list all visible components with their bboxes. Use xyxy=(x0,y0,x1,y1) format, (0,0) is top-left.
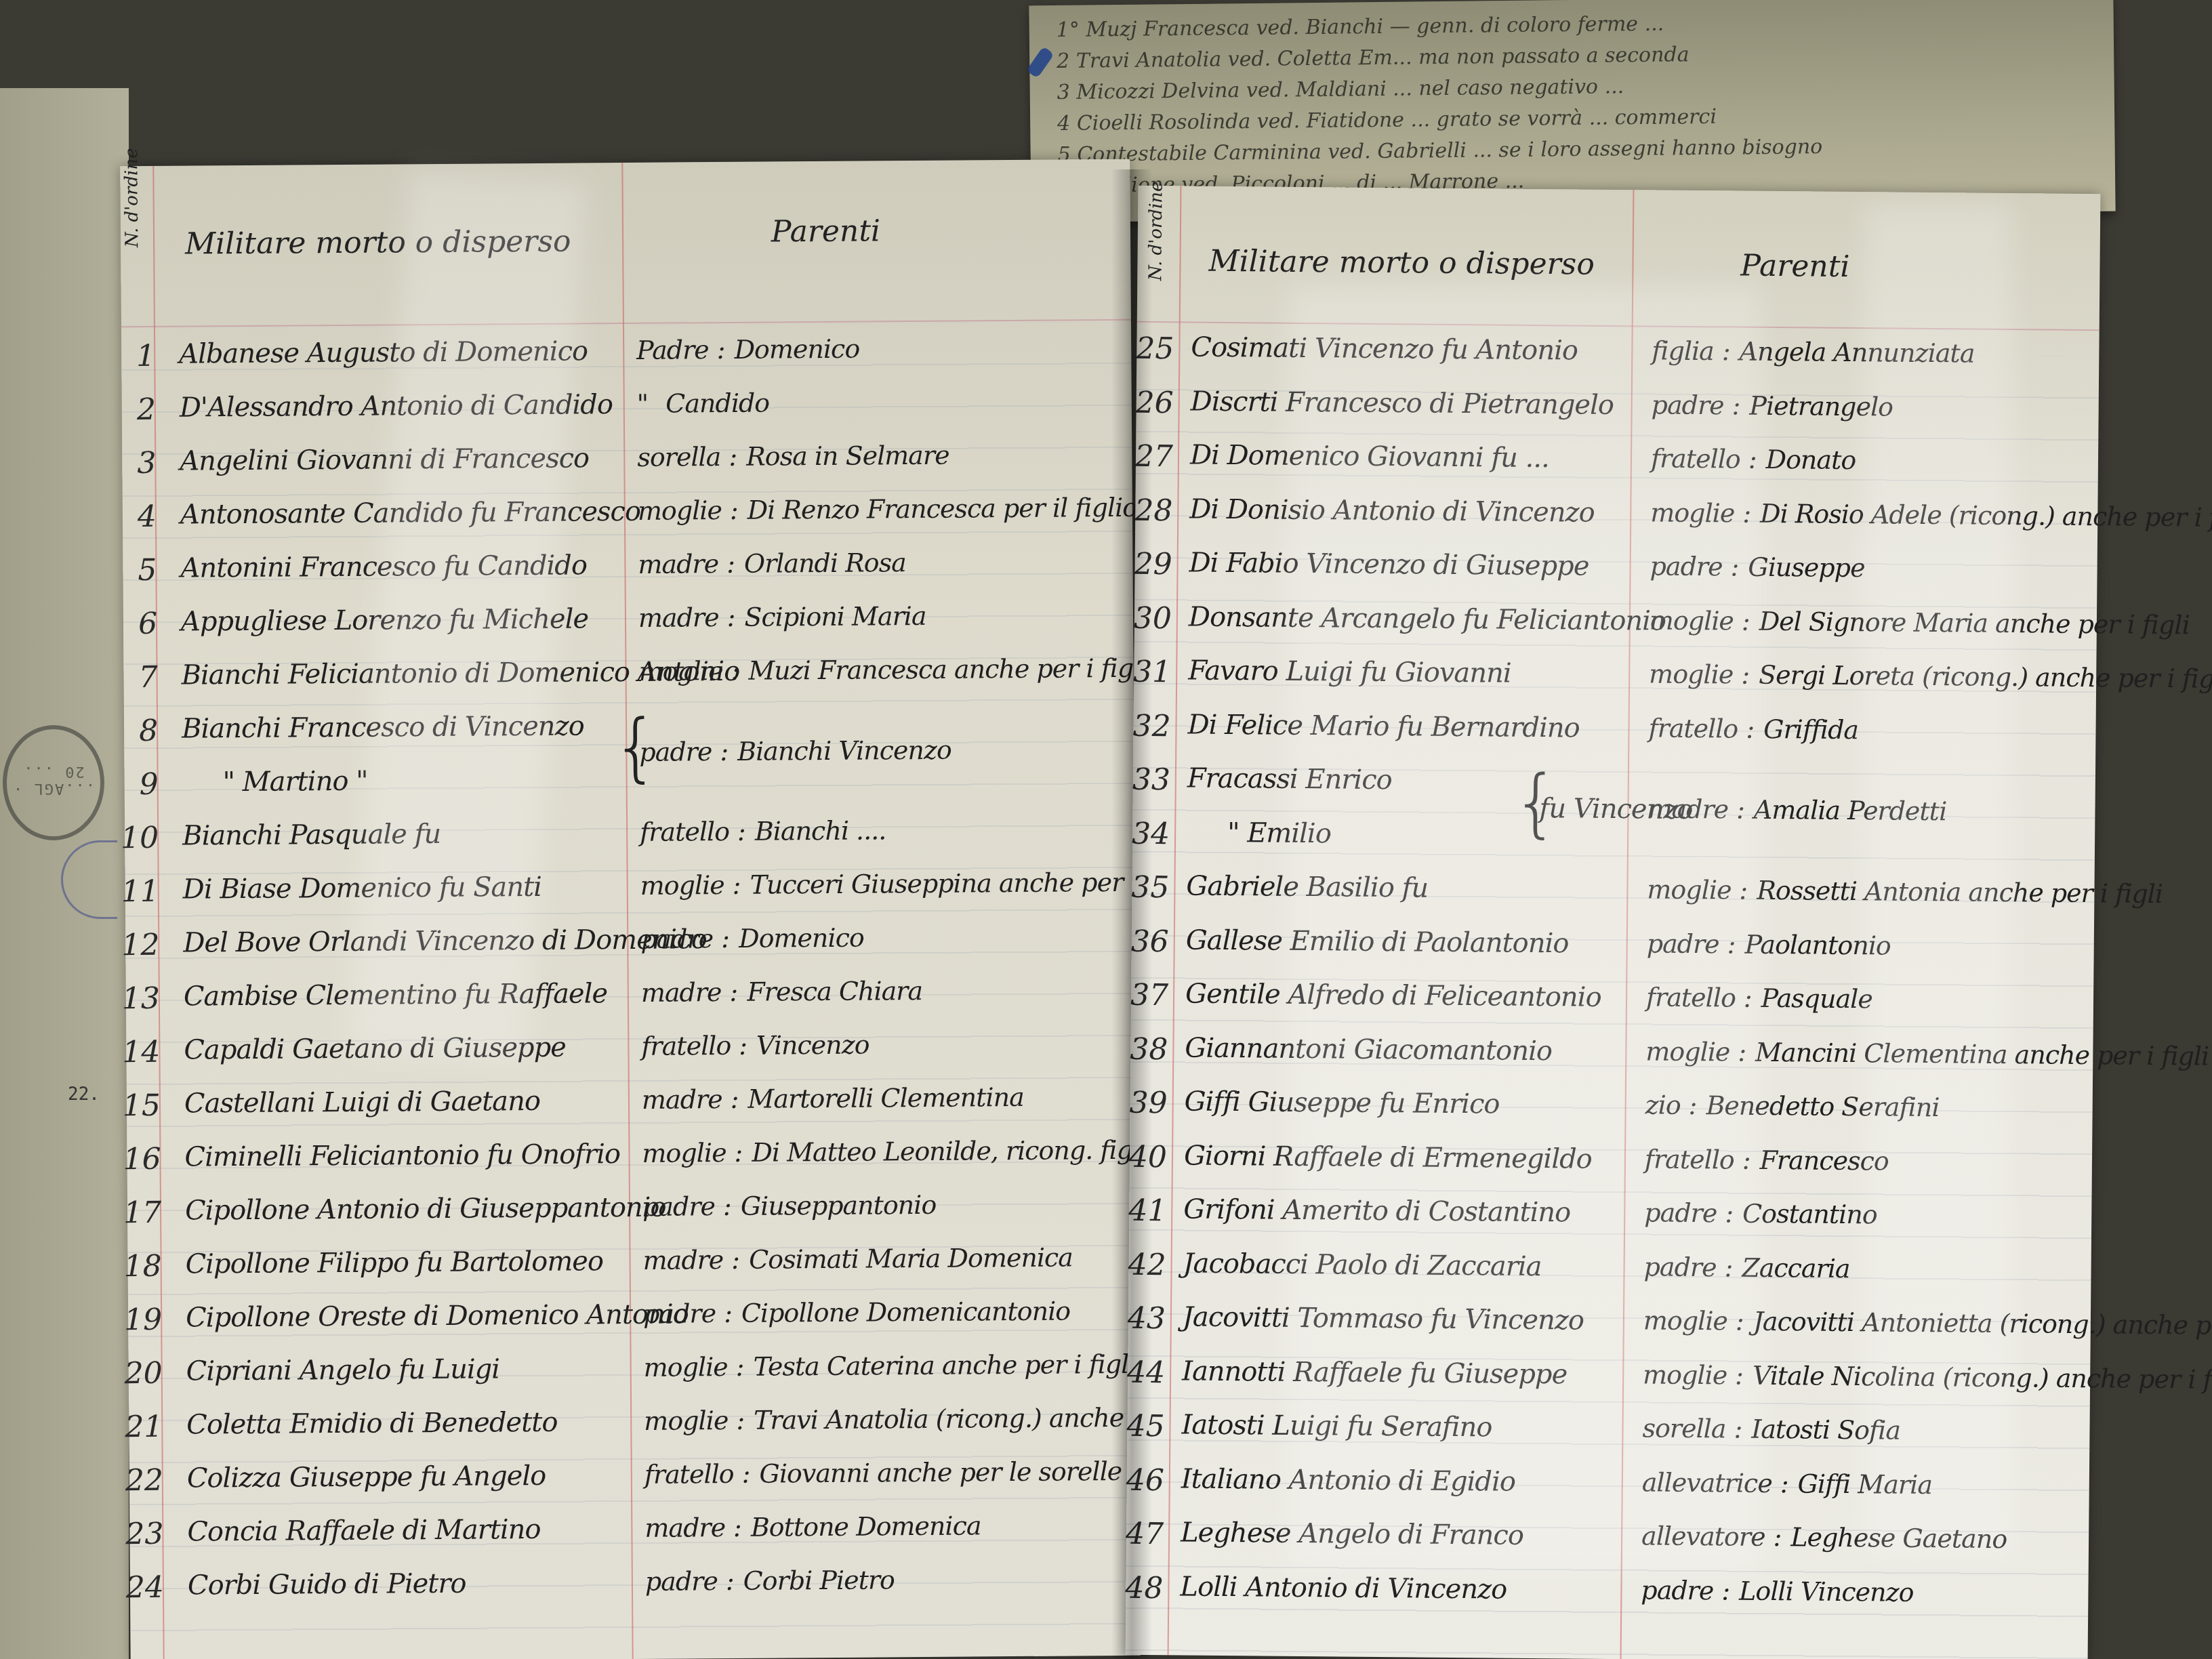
relative-name: Martorelli Clementina xyxy=(747,1082,1024,1114)
relative-name: Orlandi Rosa xyxy=(744,548,906,579)
relative-name: Bottone Domenica xyxy=(751,1511,981,1542)
soldier-name: " Martino " xyxy=(222,766,367,798)
register-row: 5 Antonini Francesco fu Candido madre:Or… xyxy=(123,546,1132,594)
relative-name: Mancini Clementina anche per i figli xyxy=(1755,1037,2209,1071)
colon: : xyxy=(733,1513,741,1542)
colon: : xyxy=(1742,498,1750,528)
colon: : xyxy=(729,442,737,472)
colon: : xyxy=(1739,876,1747,905)
order-number: 23 xyxy=(123,1517,163,1551)
header-rule xyxy=(1137,321,2100,331)
colon: : xyxy=(1727,929,1736,959)
relative-name: Griffida xyxy=(1763,714,1858,744)
order-number: 44 xyxy=(1124,1355,1165,1390)
relative-role: padre xyxy=(1647,928,1719,959)
order-number: 41 xyxy=(1126,1193,1166,1229)
colon: : xyxy=(736,1406,744,1435)
colon: : xyxy=(726,602,735,632)
relative-role: moglie xyxy=(1650,497,1734,528)
relative-name: Jacovitti Antonietta (ricong.) anche per… xyxy=(1753,1307,2212,1341)
soldier-name: Di Domenico Giovanni fu ... xyxy=(1190,440,1549,474)
register-row: 39 Giffi Giuseppe fu Enrico zio:Benedett… xyxy=(1130,1086,2092,1134)
colon: : xyxy=(741,1459,750,1489)
colon: : xyxy=(730,1084,738,1114)
order-number: 36 xyxy=(1128,924,1169,959)
relative-role: madre xyxy=(638,602,719,633)
ledger-page-right: N. d'ordine Militare morto o disperso Pa… xyxy=(1126,186,2101,1659)
order-number: 48 xyxy=(1122,1570,1163,1605)
colon: : xyxy=(726,549,735,579)
relative-name: Del Signore Maria anche per i figli xyxy=(1759,606,2190,640)
relative-role: fratello xyxy=(1651,443,1740,474)
order-number: 15 xyxy=(120,1088,161,1123)
colon: : xyxy=(729,977,737,1007)
relative-role: madre xyxy=(641,977,722,1008)
register-row: 6 Appugliese Lorenzo fu Michele madre:Sc… xyxy=(123,600,1133,647)
colon: : xyxy=(724,1298,732,1328)
order-number: 42 xyxy=(1125,1247,1166,1282)
order-number: 45 xyxy=(1124,1409,1164,1444)
order-number: 13 xyxy=(119,981,160,1016)
register-row: 2 D'Alessandro Antonio di Candido "Candi… xyxy=(122,386,1132,433)
relative-role: allevatrice xyxy=(1642,1467,1772,1498)
soldier-name: Gentile Alfredo di Feliceantonio xyxy=(1185,978,1601,1012)
register-row: 33 Fracassi Enrico madre:Amalia Perdetti… xyxy=(1133,762,2095,811)
order-number: 10 xyxy=(118,821,159,855)
relative-name: Pasquale xyxy=(1761,983,1873,1014)
register-row: 24 Corbi Guido di Pietro padre:Corbi Pie… xyxy=(130,1563,1140,1611)
colon: : xyxy=(1689,1090,1697,1120)
soldier-name: Jacovitti Tommaso fu Vincenzo xyxy=(1183,1301,1584,1336)
register-row: 31 Favaro Luigi fu Giovanni moglie:Sergi… xyxy=(1134,655,2096,703)
relative-name: Bianchi .... xyxy=(755,815,886,846)
relative-name: Sergi Loreta (ricong.) anche per i figli xyxy=(1759,660,2212,694)
relative-name: Rosa in Selmare xyxy=(746,441,949,472)
register-row: 44 Iannotti Raffaele fu Giuseppe moglie:… xyxy=(1128,1355,2090,1404)
soldier-name: Iannotti Raffaele fu Giuseppe xyxy=(1182,1355,1567,1390)
colon: : xyxy=(1735,1360,1743,1390)
colon: : xyxy=(731,1245,739,1275)
soldier-name: Di Donisio Antonio di Vincenzo xyxy=(1189,493,1595,528)
register-row: 7 Bianchi Feliciantonio di Domenico Anto… xyxy=(123,653,1133,701)
relative-cell: padre:Giuseppe xyxy=(1650,551,1864,583)
relative-name: Corbi Pietro xyxy=(743,1565,895,1596)
colon: : xyxy=(1738,1037,1746,1067)
relative-cell: moglie:Sergi Loreta (ricong.) anche per … xyxy=(1649,659,2212,693)
order-number: 37 xyxy=(1128,978,1168,1013)
register-row: 18 Cipollone Filippo fu Bartolomeo madre… xyxy=(127,1242,1137,1290)
column-header-soldier: Militare morto o disperso xyxy=(1208,244,1595,282)
relative-cell: moglie:Jacovitti Antonietta (ricong.) an… xyxy=(1643,1305,2212,1341)
order-number: 46 xyxy=(1124,1462,1164,1498)
register-row: 47 Leghese Angelo di Franco allevatore:L… xyxy=(1126,1517,2089,1565)
relative-name: Scipioni Maria xyxy=(744,601,926,632)
register-row: 15 Castellani Luigi di Gaetano madre:Mar… xyxy=(127,1082,1136,1129)
relative-name: Di Matteo Leonilde, ricong. figli xyxy=(752,1135,1147,1168)
relative-name: Vincenzo xyxy=(756,1030,869,1061)
register-row: 30 Donsante Arcangelo fu Feliciantonio m… xyxy=(1134,600,2097,649)
register-row: 22 Colizza Giuseppe fu Angelo fratello:G… xyxy=(129,1456,1139,1504)
order-number: 24 xyxy=(123,1570,164,1605)
relative-role: moglie xyxy=(1650,605,1734,636)
relative-cell: allevatore:Leghese Gaetano xyxy=(1641,1521,2007,1554)
colon: : xyxy=(737,817,745,846)
entries-list-left: 1 Albanese Augusto di Domenico Padre:Dom… xyxy=(120,159,1130,166)
soldier-name: D'Alessandro Antonio di Candido xyxy=(180,389,613,423)
relative-role: fratello xyxy=(644,1459,734,1490)
relative-name: Iatosti Sofia xyxy=(1751,1414,1900,1446)
order-number: 21 xyxy=(122,1410,163,1444)
colon: : xyxy=(734,1138,742,1168)
relative-role: moglie xyxy=(644,1352,728,1382)
relative-cell: madre:Bottone Domenica xyxy=(644,1511,981,1542)
soldier-name: Giorni Raffaele di Ermenegildo xyxy=(1184,1140,1592,1174)
order-number: 1 xyxy=(115,339,155,373)
relative-cell: padre:Paolantonio xyxy=(1647,928,1891,960)
soldier-name: Colizza Giuseppe fu Angelo xyxy=(187,1460,546,1494)
relative-cell: madre:Fresca Chiara xyxy=(641,976,923,1008)
relative-cell: fratello:Donato xyxy=(1651,443,1856,475)
relative-name: Vitale Nicolina (ricong.) anche per i fi… xyxy=(1753,1360,2212,1394)
colon: : xyxy=(1725,1198,1733,1228)
relative-cell: madre:Martorelli Clementina xyxy=(642,1082,1024,1115)
column-header-relatives: Parenti xyxy=(1740,249,1849,284)
soldier-name: Antonini Francesco fu Candido xyxy=(180,550,587,583)
soldier-name: Bianchi Francesco di Vincenzo xyxy=(182,710,584,744)
relative-name: Giovanni anche per le sorelle xyxy=(759,1456,1122,1489)
register-row: 45 Iatosti Luigi fu Serafino sorella:Iat… xyxy=(1127,1409,2089,1458)
soldier-name: Di Fabio Vincenzo di Giuseppe xyxy=(1189,548,1589,582)
relative-name: Costantino xyxy=(1742,1199,1877,1230)
order-number: 11 xyxy=(119,874,159,909)
soldier-name: Antonosante Candido fu Francesco xyxy=(180,496,640,531)
order-number: 14 xyxy=(119,1035,160,1069)
relative-name: Rossetti Antonia anche per i figli xyxy=(1757,876,2163,909)
register-row: 3 Angelini Giovanni di Francesco sorella… xyxy=(122,439,1132,487)
relative-cell: padre:Domenico xyxy=(640,923,864,954)
relative-role: sorella xyxy=(637,442,720,472)
register-row: 10 Bianchi Pasquale fu fratello:Bianchi … xyxy=(125,814,1134,861)
register-row: 8 Bianchi Francesco di Vincenzo padre:Bi… xyxy=(124,707,1134,754)
relative-name: Domenico xyxy=(739,923,864,954)
relative-cell: padre:Costantino xyxy=(1644,1197,1877,1229)
relative-cell: fratello:Griffida xyxy=(1648,713,1858,745)
register-row: 35 Gabriele Basilio fu moglie:Rossetti A… xyxy=(1132,870,2094,919)
soldier-name: Leghese Angelo di Franco xyxy=(1181,1517,1523,1551)
relative-role: moglie xyxy=(638,656,722,687)
relative-name: Lolli Vincenzo xyxy=(1739,1576,1914,1607)
relative-role: allevatore xyxy=(1641,1521,1765,1552)
order-number: 25 xyxy=(1133,331,1174,367)
register-row: 16 Ciminelli Feliciantonio fu Onofrio mo… xyxy=(127,1135,1136,1183)
register-row: 4 Antonosante Candido fu Francesco mogli… xyxy=(123,493,1132,540)
register-row: 1 Albanese Augusto di Domenico Padre:Dom… xyxy=(121,332,1131,380)
order-number: 17 xyxy=(121,1195,161,1230)
relative-cell: zio:Benedetto Serafini xyxy=(1645,1090,1939,1122)
colon: : xyxy=(1748,445,1757,474)
register-row: 46 Italiano Antonio di Egidio allevatric… xyxy=(1127,1462,2089,1511)
relative-name: Pietrangelo xyxy=(1749,390,1893,422)
colon: : xyxy=(1722,336,1730,366)
colon: : xyxy=(731,656,739,686)
colon: : xyxy=(717,335,725,365)
relative-cell: madre:Cosimati Maria Domenica xyxy=(642,1242,1073,1275)
relative-role: Padre xyxy=(636,335,709,365)
relative-cell: moglie:Mancini Clementina anche per i fi… xyxy=(1645,1036,2209,1071)
soldier-name: Cambise Clementino fu Raffaele xyxy=(184,978,608,1012)
relative-role: padre xyxy=(1652,390,1724,420)
relative-role: padre xyxy=(642,1191,715,1222)
column-header-order-number: N. d'ordine xyxy=(1145,181,1166,281)
register-row: 28 Di Donisio Antonio di Vincenzo moglie… xyxy=(1135,493,2097,541)
order-number: 30 xyxy=(1131,600,1172,636)
register-row: 17 Cipollone Antonio di Giuseppantonio p… xyxy=(127,1189,1137,1236)
relative-cell: fratello:Vincenzo xyxy=(641,1030,869,1061)
order-number: 19 xyxy=(121,1303,162,1337)
order-number: 47 xyxy=(1123,1517,1164,1552)
relative-role: padre xyxy=(643,1298,716,1329)
soldier-name: " Emilio xyxy=(1227,817,1331,849)
order-number: 26 xyxy=(1132,385,1173,420)
order-number: 28 xyxy=(1132,493,1172,528)
colon: : xyxy=(1730,552,1738,581)
register-row: 43 Jacovitti Tommaso fu Vincenzo moglie:… xyxy=(1128,1301,2091,1350)
soldier-name: Jacobacci Paolo di Zaccaria xyxy=(1183,1248,1541,1282)
soldier-name: Giffi Giuseppe fu Enrico xyxy=(1184,1086,1499,1120)
register-row: 19 Cipollone Oreste di Domenico Antonio … xyxy=(128,1296,1138,1343)
colon: : xyxy=(1736,1307,1744,1336)
relative-role: padre xyxy=(1643,1252,1716,1282)
relative-cell: padre:Lolli Vincenzo xyxy=(1641,1575,1913,1607)
relative-name: Tucceri Giuseppina anche per i figli xyxy=(750,867,1193,900)
ledger-page-left: N. d'ordine Militare morto o disperso Pa… xyxy=(120,159,1140,1659)
order-number: 32 xyxy=(1130,708,1170,743)
colon: : xyxy=(1746,714,1754,743)
relative-name: Candido xyxy=(665,388,769,419)
register-row: 42 Jacobacci Paolo di Zaccaria padre:Zac… xyxy=(1128,1247,2091,1296)
relative-name: Zaccaria xyxy=(1742,1252,1850,1283)
order-number: 4 xyxy=(116,499,157,534)
relative-cell xyxy=(639,764,657,794)
order-number: 31 xyxy=(1130,655,1171,690)
register-row: 26 Discrti Francesco di Pietrangelo padr… xyxy=(1136,385,2098,434)
soldier-name: Grifoni Amerito di Costantino xyxy=(1183,1193,1570,1228)
relative-cell: padre:Cipollone Domenicantonio xyxy=(643,1296,1070,1328)
relative-role: moglie xyxy=(1649,659,1733,689)
soldier-name: Bianchi Pasquale fu xyxy=(182,819,441,852)
relative-cell: madre:Scipioni Maria xyxy=(638,601,926,633)
soldier-name: Cipollone Oreste di Domenico Antonio xyxy=(186,1298,689,1333)
relative-cell: fratello:Francesco xyxy=(1645,1144,1889,1176)
soldier-name: Cipollone Filippo fu Bartolomeo xyxy=(185,1246,603,1279)
relative-role: madre xyxy=(642,1245,723,1275)
relative-cell: moglie:Vitale Nicolina (ricong.) anche p… xyxy=(1643,1359,2212,1395)
colon: : xyxy=(739,1031,747,1061)
register-row: 20 Cipriani Angelo fu Luigi moglie:Testa… xyxy=(129,1349,1139,1397)
column-header-order-number: N. d'ordine xyxy=(121,148,142,247)
register-row: 23 Concia Raffaele di Martino madre:Bott… xyxy=(129,1510,1139,1557)
margin-note-15: 22. xyxy=(68,1084,100,1105)
relative-role: figlia xyxy=(1652,335,1714,366)
register-row: 21 Coletta Emidio di Benedetto moglie:Tr… xyxy=(129,1403,1139,1450)
relative-name: Giffi Maria xyxy=(1797,1469,1932,1500)
order-number: 39 xyxy=(1126,1086,1167,1121)
relative-cell: padre:Giuseppantonio xyxy=(642,1190,936,1222)
soldier-name: Ciminelli Feliciantonio fu Onofrio xyxy=(184,1139,620,1172)
colon: : xyxy=(1721,1576,1729,1605)
relative-role: moglie xyxy=(1643,1305,1727,1336)
soldier-name: Cipriani Angelo fu Luigi xyxy=(186,1353,500,1387)
soldier-name: Coletta Emidio di Benedetto xyxy=(186,1407,557,1441)
register-row: 32 Di Felice Mario fu Bernardino fratell… xyxy=(1133,708,2095,757)
soldier-name: Di Biase Domenico fu Santi xyxy=(183,872,542,905)
register-row: 12 Del Bove Orlandi Vincenzo di Domenico… xyxy=(125,921,1135,968)
register-row: 41 Grifoni Amerito di Costantino padre:C… xyxy=(1129,1193,2091,1242)
soldier-name: Favaro Luigi fu Giovanni xyxy=(1188,655,1511,689)
colon: : xyxy=(1741,660,1749,690)
order-number: 27 xyxy=(1132,439,1173,474)
soldier-name: Fracassi Enrico xyxy=(1187,763,1392,796)
column-header-soldier: Militare morto o disperso xyxy=(185,224,571,262)
relative-cell: padre:Corbi Pietro xyxy=(645,1565,895,1597)
relative-role: moglie xyxy=(1643,1359,1727,1390)
colon: : xyxy=(1744,983,1752,1013)
relative-cell: figlia:Angela Annunziata xyxy=(1652,335,1974,368)
soldier-name: Lolli Antonio di Vincenzo xyxy=(1180,1571,1507,1605)
relative-role: moglie xyxy=(638,495,722,526)
relative-cell: "Candido xyxy=(637,388,770,419)
soldier-name: Angelini Giovanni di Francesco xyxy=(180,443,589,476)
relative-name: Donato xyxy=(1765,445,1856,475)
colon: : xyxy=(721,924,729,954)
relative-cell: sorella:Iatosti Sofia xyxy=(1642,1413,1900,1445)
order-number: 20 xyxy=(122,1356,163,1391)
order-number: 43 xyxy=(1125,1301,1166,1336)
order-number: 22 xyxy=(123,1463,163,1498)
relative-name: Giuseppantonio xyxy=(741,1190,937,1221)
register-row: 11 Di Biase Domenico fu Santi moglie:Tuc… xyxy=(125,867,1135,915)
order-number: 16 xyxy=(120,1142,161,1176)
relative-cell: Padre:Domenico xyxy=(636,334,859,365)
register-row: 36 Gallese Emilio di Paolantonio padre:P… xyxy=(1131,924,2093,972)
register-row: 48 Lolli Antonio di Vincenzo padre:Lolli… xyxy=(1126,1570,2088,1619)
soldier-name: Del Bove Orlandi Vincenzo di Domenico xyxy=(183,924,707,958)
relative-cell: sorella:Rosa in Selmare xyxy=(637,441,949,472)
relative-role: sorella xyxy=(1642,1413,1725,1443)
order-number: 34 xyxy=(1129,816,1170,851)
relative-name: Di Rosio Adele (ricong.) anche per i fig… xyxy=(1760,498,2212,532)
register-row: 14 Capaldi Gaetano di Giuseppe fratello:… xyxy=(126,1028,1136,1076)
soldier-name: Gabriele Basilio fu xyxy=(1186,871,1428,904)
register-row: 37 Gentile Alfredo di Feliceantonio frat… xyxy=(1131,978,2093,1027)
relative-cell: allevatrice:Giffi Maria xyxy=(1642,1467,1933,1500)
colon: : xyxy=(1732,390,1740,420)
relative-role: moglie xyxy=(640,870,724,901)
order-number: 33 xyxy=(1130,762,1170,798)
register-row: 34 " Emilio xyxy=(1132,816,2095,865)
relative-role: fratello xyxy=(1645,1144,1734,1174)
relative-role: " xyxy=(637,389,649,419)
colon: : xyxy=(733,870,741,900)
relative-role: madre xyxy=(642,1084,722,1115)
relative-name: Benedetto Serafini xyxy=(1706,1090,1939,1122)
relative-role: fratello xyxy=(640,817,729,847)
relative-name: Giuseppe xyxy=(1748,552,1865,583)
relative-cell: moglie:Testa Caterina anche per i figli xyxy=(644,1349,1136,1382)
relative-name: Cipollone Domenicantonio xyxy=(741,1296,1071,1328)
relative-cell: moglie:Del Signore Maria anche per i fig… xyxy=(1650,605,2190,640)
order-number: 7 xyxy=(117,660,157,695)
register-row: 40 Giorni Raffaele di Ermenegildo fratel… xyxy=(1130,1139,2092,1188)
relative-name: Francesco xyxy=(1759,1145,1888,1176)
relative-cell: moglie:Di Rosio Adele (ricong.) anche pe… xyxy=(1650,497,2212,533)
order-number: 3 xyxy=(115,446,156,480)
relative-name: Di Renzo Francesca per il figlio Ric. xyxy=(747,492,1193,525)
colon: : xyxy=(1780,1469,1788,1498)
soldier-name: Albanese Augusto di Domenico xyxy=(179,335,588,369)
relative-role: fratello xyxy=(1646,982,1736,1012)
colon: : xyxy=(736,1352,744,1382)
relative-role: moglie xyxy=(1645,1036,1729,1067)
relative-cell xyxy=(1647,821,1665,851)
soldier-name: Giannantoni Giacomantonio xyxy=(1185,1032,1552,1067)
soldier-name: Corbi Guido di Pietro xyxy=(188,1568,466,1601)
soldier-name: Gallese Emilio di Paolantonio xyxy=(1186,924,1569,959)
relative-role: zio xyxy=(1645,1090,1680,1120)
relative-cell: padre:Zaccaria xyxy=(1643,1252,1849,1284)
relative-cell: moglie:Tucceri Giuseppina anche per i fi… xyxy=(640,867,1193,901)
order-number: 8 xyxy=(117,714,158,748)
relative-role: moglie xyxy=(1647,874,1731,905)
soldier-name: Di Felice Mario fu Bernardino xyxy=(1187,709,1580,743)
register-row: 13 Cambise Clementino fu Raffaele madre:… xyxy=(126,975,1136,1022)
relative-name: Testa Caterina anche per i figli xyxy=(753,1349,1136,1382)
relative-name: Paolantonio xyxy=(1744,929,1891,960)
relative-cell: moglie:Di Matteo Leonilde, ricong. figli xyxy=(642,1135,1147,1168)
colon: : xyxy=(1736,794,1744,824)
register-row: 25 Cosimati Vincenzo fu Antonio figlia:A… xyxy=(1136,331,2099,380)
colon: : xyxy=(720,736,728,766)
soldier-name: Italiano Antonio di Egidio xyxy=(1181,1463,1515,1497)
relative-role: padre xyxy=(1641,1575,1713,1605)
colon: : xyxy=(1734,1414,1742,1444)
colon: : xyxy=(1724,1252,1732,1282)
relative-name: Domenico xyxy=(734,334,859,365)
relative-role: fratello xyxy=(1648,713,1738,743)
relative-cell: moglie:Muzi Francesca anche per i figli xyxy=(638,653,1148,687)
order-number: 18 xyxy=(121,1249,161,1284)
soldier-name: Iatosti Luigi fu Serafino xyxy=(1181,1409,1492,1443)
order-number: 35 xyxy=(1128,870,1169,905)
soldier-name: Donsante Arcangelo fu Feliciantonio xyxy=(1189,601,1666,636)
postal-stamp-icon: ...AGL · 20 ... xyxy=(3,725,104,840)
relative-role: padre xyxy=(1644,1197,1717,1228)
relative-role: padre xyxy=(645,1566,718,1597)
relative-role: madre xyxy=(638,549,718,579)
relative-role: fratello xyxy=(641,1031,731,1061)
relative-name: Fresca Chiara xyxy=(747,976,922,1007)
column-header-relatives: Parenti xyxy=(771,213,880,249)
order-number: 12 xyxy=(119,928,159,962)
order-number: 38 xyxy=(1127,1031,1168,1067)
order-number: 40 xyxy=(1126,1139,1167,1174)
register-row: 29 Di Fabio Vincenzo di Giuseppe padre:G… xyxy=(1134,547,2097,596)
order-number: 2 xyxy=(115,392,156,427)
soldier-name: Capaldi Gaetano di Giuseppe xyxy=(184,1032,566,1066)
relative-cell: padre:Pietrangelo xyxy=(1652,390,1893,422)
colon: : xyxy=(726,1566,734,1596)
soldier-name: Cosimati Vincenzo fu Antonio xyxy=(1191,332,1578,367)
